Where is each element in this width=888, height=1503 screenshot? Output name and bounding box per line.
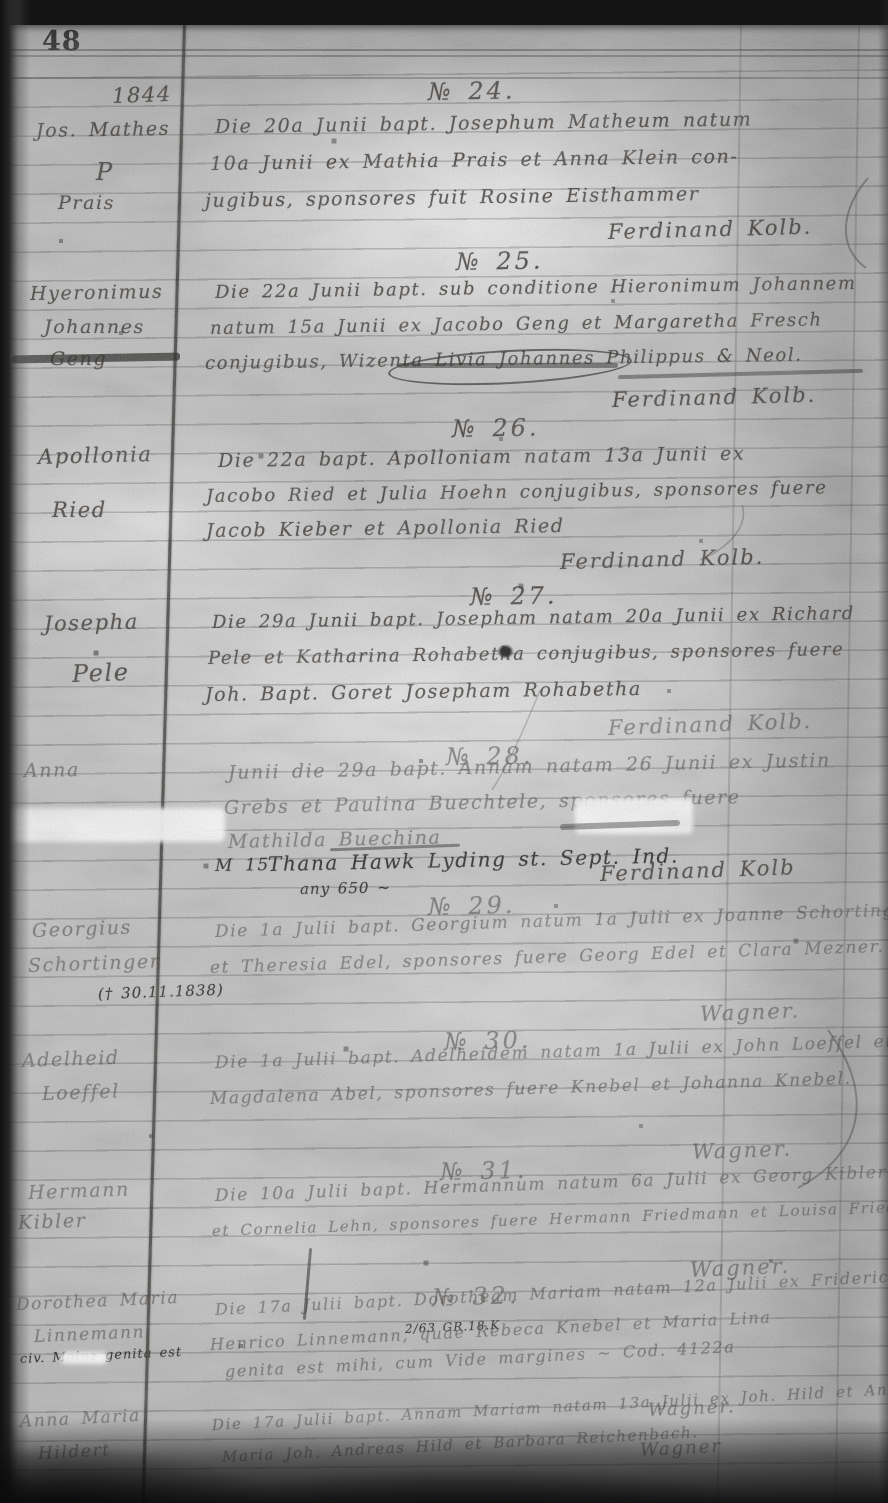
whiteout-patch: [0, 808, 225, 842]
marginal-note: any 650 ~: [300, 878, 391, 898]
margin-name: Adelheid: [22, 1047, 120, 1072]
year-label: 1844: [112, 82, 173, 108]
scanned-register-page: 48 1844 № 24. Jos. Mathes P Prais Die 20…: [0, 0, 888, 1503]
ruled-line-heavy: [0, 49, 888, 51]
ink-blot: [497, 644, 514, 659]
strikethrough-scribble: [398, 363, 618, 368]
margin-name: Apollonia: [38, 442, 153, 469]
right-edge-shadow: [878, 0, 888, 1503]
entry-number-heading: № 24.: [428, 76, 516, 106]
ruled-line-heavy: [0, 55, 888, 57]
margin-name: Anna: [24, 759, 80, 782]
page-number: 48: [42, 26, 82, 57]
priest-signature: Wagner.: [692, 1137, 793, 1164]
margin-name: Ried: [52, 498, 107, 522]
bottom-edge-shadow: [0, 1418, 888, 1503]
margin-name: Loeffel: [42, 1080, 121, 1105]
whiteout-patch: [60, 1352, 108, 1364]
entry-number-heading: № 25.: [456, 246, 544, 276]
priest-signature: Wagner.: [700, 999, 801, 1026]
margin-name: Johannes: [44, 316, 145, 338]
marginal-note: M 15: [215, 855, 270, 876]
left-edge-shadow: [0, 0, 30, 1503]
margin-name: P: [96, 158, 114, 186]
top-edge-shadow: [0, 0, 888, 25]
margin-name: Jos. Mathes: [36, 118, 171, 142]
margin-name: Georgius: [32, 917, 133, 942]
margin-name: Hermann: [28, 1178, 131, 1204]
margin-name: Josepha: [44, 610, 140, 636]
margin-name: Prais: [58, 192, 115, 214]
margin-name: Schortinger: [28, 950, 161, 977]
margin-name: Pele: [72, 658, 131, 688]
entry-number-heading: № 26.: [452, 413, 540, 443]
margin-name: Hyeronimus: [30, 281, 164, 305]
